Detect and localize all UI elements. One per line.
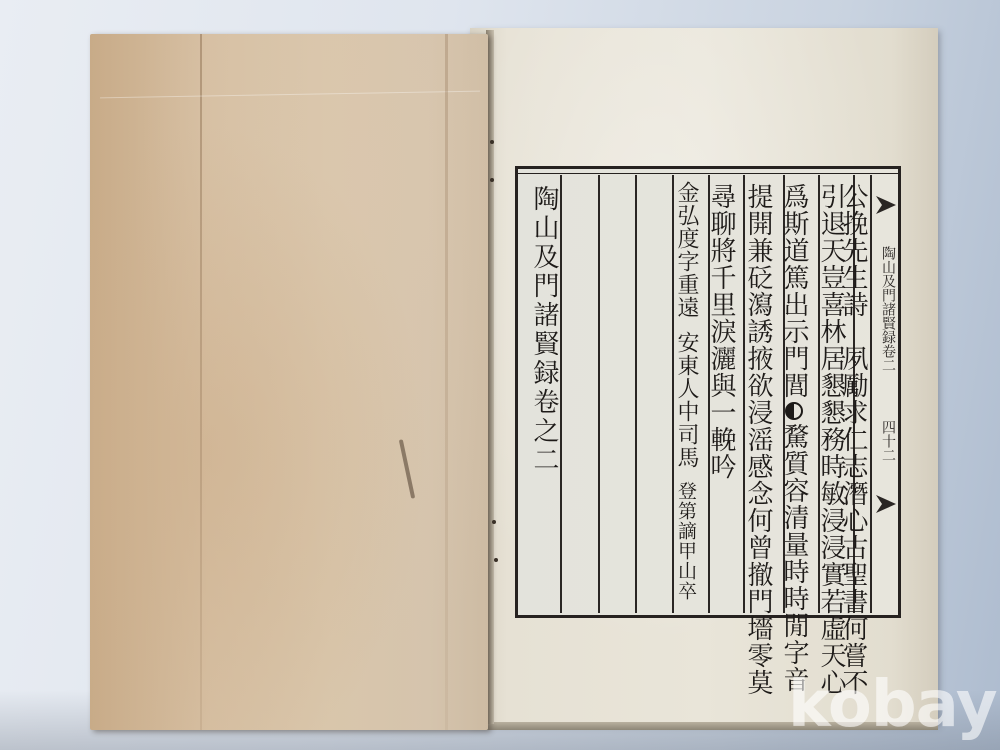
binding-hole — [490, 178, 494, 182]
cover-stain — [399, 439, 415, 499]
column-rule — [870, 175, 872, 613]
text-column: 尋聊將千里淚灑與一輓吟 — [708, 183, 734, 480]
text-column: 公挽先生詩 夙勵求仁志潛心古聖書何嘗不 — [840, 183, 866, 696]
book-cover — [90, 34, 488, 730]
column-rule — [598, 175, 600, 613]
text-segment: 騖質容清量時時閒字音 — [779, 423, 809, 693]
binding-hole — [492, 520, 496, 524]
text-segment: 爲斯道篤出示門閭 — [779, 183, 809, 399]
binding-hole — [490, 140, 494, 144]
printed-frame: 陶山及門諸賢録卷之二 金弘度字重遠安東人中司馬登第謫甲山卒 尋聊將千里淚灑與一輓… — [515, 166, 901, 618]
frame-inner-line — [518, 173, 898, 174]
center-column-title: 陶山及門諸賢録卷二 — [878, 246, 898, 372]
binding-hole — [494, 558, 498, 562]
page-number: 四十二 — [878, 420, 898, 462]
cover-crease — [200, 34, 202, 730]
person-note: 登第謫甲山卒 — [675, 481, 697, 601]
volume-title: 陶山及門諸賢録卷之二 — [526, 185, 563, 475]
column-rule — [635, 175, 637, 613]
watermark: kobay — [788, 668, 997, 742]
text-column: 爲斯道篤出示門閭騖質容清量時時閒字音 — [781, 183, 807, 693]
text-column-name: 金弘度字重遠安東人中司馬登第謫甲山卒 — [671, 181, 702, 601]
cover-spine-fold — [445, 34, 448, 730]
cover-fold-line — [100, 91, 480, 99]
text-column: 提開兼砭瀉誘掖欲浸滛感念何曾撤門墻零莫 — [745, 183, 771, 696]
half-circle-mark-icon — [785, 402, 803, 420]
person-origin: 安東人中司馬 — [674, 331, 699, 469]
person-name: 金弘度字重遠 — [674, 181, 699, 319]
